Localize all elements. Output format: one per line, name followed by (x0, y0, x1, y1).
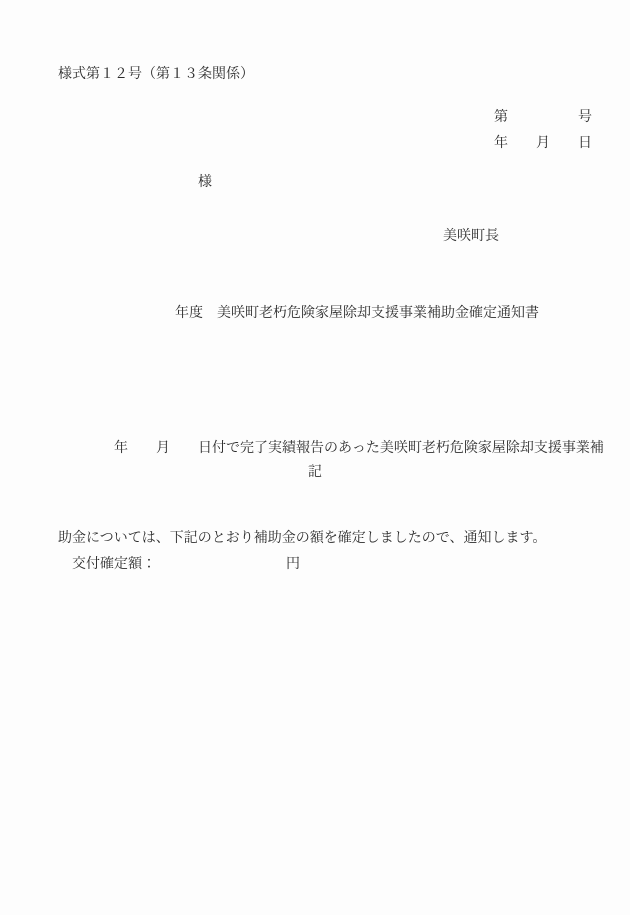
body-line-1: 年 月 日付で完了実績報告のあった美咲町老朽危険家屋除却支援事業補 (58, 434, 604, 464)
amount-unit: 円 (286, 557, 300, 572)
addressee-honorific: 様 (198, 176, 212, 190)
date-year-label: 年 (494, 136, 508, 151)
amount-label: 交付確定額： (72, 557, 156, 572)
date-day-label: 日 (578, 136, 592, 151)
note-marker: 記 (308, 466, 322, 480)
document-title: 年度 美咲町老朽危険家屋除却支援事業補助金確定通知書 (175, 307, 539, 321)
sender-title: 美咲町長 (443, 230, 499, 244)
date-line: 年月日 (480, 123, 592, 165)
date-month-label: 月 (536, 136, 550, 151)
amount-line: 交付確定額：円 (58, 544, 300, 586)
document-page: 様式第１２号（第１３条関係） 第号 年月日 様 美咲町長 年度 美咲町老朽危険家… (0, 0, 630, 915)
form-number: 様式第１２号（第１３条関係） (58, 68, 254, 82)
